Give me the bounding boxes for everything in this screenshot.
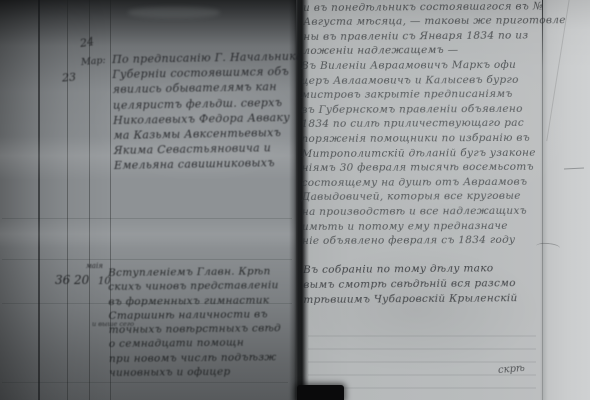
clerk-corner-mark: скрѣ bbox=[498, 363, 526, 376]
left-entry-2: Вступленіемъ Главн. Крѣп скихъ чиновъ пр… bbox=[108, 264, 282, 380]
handwritten-line: 1834 по силѣ приличествующаго рас bbox=[301, 116, 535, 132]
right-paragraph-1: и въ понедѣльникъ состоявшагося въ № Авг… bbox=[303, 0, 566, 59]
handwritten-line: ніе объявлено февраля съ 1834 году bbox=[302, 233, 536, 249]
handwritten-line: церъ Авлаамовичъ и Калысевъ бурго bbox=[301, 72, 535, 88]
margin-entry2-month: маія bbox=[86, 262, 103, 270]
handwritten-line: ніямъ 30 февраля тысячѣ восемьсотъ bbox=[302, 160, 536, 176]
spine-bottom-gap bbox=[297, 385, 344, 400]
right-paragraph-3: Въ собраніи по тому дѣлу тако вымъ смотр… bbox=[303, 261, 518, 307]
handwritten-line: вымъ смотрѣ свѣдѣній вся разсмо bbox=[303, 276, 517, 293]
handwritten-line: мистровъ закрытіе предписаніямъ bbox=[301, 87, 535, 103]
handwritten-line: ложеніи надлежащемъ — bbox=[303, 42, 566, 58]
right-page-margin-rule bbox=[542, 0, 543, 400]
handwritten-line: Августа мѣсяца, — таковы же приготовле bbox=[303, 14, 566, 30]
manuscript-photo: 24 Мар: 23 36 20 маія 10 и выше сего По … bbox=[0, 0, 590, 400]
handwritten-line: Въ Виленіи Авраамовичъ Маркъ офи bbox=[301, 58, 535, 74]
margin-entry1-day: 23 bbox=[62, 71, 77, 85]
handwritten-line: ны въ правленіи съ Января 1834 по из bbox=[303, 28, 566, 44]
left-entry-1: По предписанію Г. Начальника Губерніи со… bbox=[112, 49, 305, 174]
margin-entry2-number: 36 bbox=[55, 273, 70, 287]
left-margin-rule-2 bbox=[67, 0, 68, 400]
faint-ruling-line bbox=[2, 218, 292, 219]
right-paragraph-2: Въ Виленіи Авраамовичъ Маркъ офи церъ Ав… bbox=[301, 58, 536, 249]
faint-ruling-line bbox=[2, 259, 292, 260]
light-scan-band bbox=[0, 220, 296, 248]
handwritten-line: состоящему на душѣ отъ Авраамовъ bbox=[302, 175, 536, 191]
handwritten-line: имѣть и потому ему предназначе bbox=[302, 218, 536, 234]
obscured-header-smudge bbox=[128, 7, 220, 18]
margin-entry1-scribble: 24 bbox=[79, 35, 95, 50]
handwritten-line: скихъ чиновъ представленіи bbox=[108, 278, 281, 294]
faint-ruling-line bbox=[2, 382, 288, 383]
handwritten-line: Въ собраніи по тому дѣлу тако bbox=[303, 261, 517, 278]
handwritten-line: на производствѣ и все надлежащихъ bbox=[302, 204, 536, 220]
signature-line: трѣвшимъ Чубаровскій Крыленскій bbox=[303, 291, 517, 308]
handwritten-line: поряженія помощники по избранію въ bbox=[301, 131, 535, 147]
handwritten-line: Митрополитскій дѣланій бугъ узаконе bbox=[301, 145, 535, 161]
margin-entry2-number2: 20 bbox=[74, 273, 89, 287]
margin-entry1-month: Мар: bbox=[81, 55, 107, 68]
handwritten-line: при новомъ числѣ подъѣзж bbox=[109, 350, 282, 366]
handwritten-line: чиновныхъ и офицер bbox=[109, 364, 282, 380]
handwritten-line: въ Губернскомъ правленіи объявлено bbox=[301, 102, 535, 118]
handwritten-line: Давыдовичей, которыя все круговые bbox=[302, 189, 536, 205]
left-margin-rule-1 bbox=[38, 0, 40, 400]
handwritten-line: точныхъ повѣрстныхъ свѣд bbox=[109, 321, 282, 337]
